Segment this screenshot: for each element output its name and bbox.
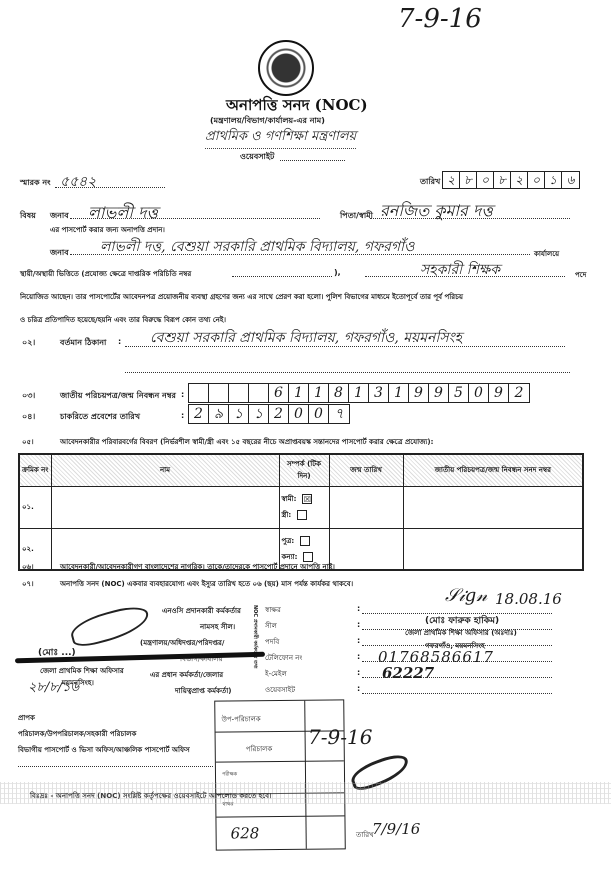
stamp-row-examiner: পরীক্ষক — [222, 771, 237, 779]
paren-close: ), — [334, 268, 341, 277]
clause-06-number: ০৬। — [22, 561, 34, 573]
issuer-seal-name: (মোঃ ফারুক হাকিম) — [425, 613, 499, 628]
issuer-field-label: সীল — [265, 620, 277, 632]
digit-box: ১ — [249, 405, 269, 423]
subject-name-label: জনাব — [50, 210, 69, 223]
digit-box: 1 — [349, 384, 369, 402]
office-name-handwritten: প্রাথমিক ও গণশিক্ষা মন্ত্রণালয় — [205, 127, 356, 149]
spouse-dotted-line — [370, 218, 570, 219]
digit-box — [189, 384, 209, 402]
official-id-dotted-line — [232, 276, 332, 277]
paragraph-1: নিয়োজিত আছেন। তার পাসপোর্টের আবেদনপত্র … — [20, 291, 600, 303]
date-label: তারিখ — [420, 176, 440, 189]
digit-box: 2 — [189, 405, 209, 423]
applicant-name: লাভলী দত্ত — [88, 200, 158, 227]
digit-box: 1 — [289, 384, 309, 402]
digit-box: ৬ — [562, 172, 579, 188]
issuer-signature: 𝒮𝒾𝑔𝓃 — [445, 585, 487, 606]
relation-label: পুত্র: — [282, 537, 295, 545]
subject-label: বিষয় — [20, 210, 36, 223]
digit-box: ২ — [443, 172, 460, 188]
issuer-field-label: স্বাক্ষর — [265, 604, 281, 616]
approval-stamp: উপ-পরিচালক পরিচালক পরীক্ষক স্বাক্ষর 628 — [214, 699, 346, 850]
digit-box: ৯ — [209, 405, 229, 423]
join-date-boxes: 2৯১১200৭ — [188, 404, 350, 424]
digit-box: ১ — [229, 405, 249, 423]
digit-box: 9 — [489, 384, 509, 402]
clause-07-number: ০৭। — [22, 578, 34, 590]
issuer-line-2: নামসহ সীল। — [200, 621, 235, 633]
digit-box: ০ — [528, 172, 545, 188]
digit-box — [249, 384, 269, 402]
recipient-heading: প্রাপক — [18, 712, 35, 724]
website-label: ওয়েবসাইট — [240, 151, 274, 164]
issuer-field-label: ই-মেইল — [265, 668, 287, 680]
digit-box: ৮ — [460, 172, 477, 188]
issuer-field-label: টেলিফোন নং — [265, 652, 302, 664]
field-02-label: বর্তমান ঠিকানা — [60, 337, 106, 350]
digit-box: 0 — [469, 384, 489, 402]
field-05-number: ০৫। — [22, 436, 34, 448]
issuer-line-6: দায়িত্বপ্রাপ্ত কর্মকর্তা) — [175, 685, 231, 697]
colon: : — [357, 604, 360, 613]
stamp-row-director: পরিচালক — [246, 743, 273, 755]
nid-cell — [403, 486, 583, 528]
post-dotted-line — [365, 276, 565, 277]
issuer-line-3: (মন্ত্রণালয়/অধিদপ্তর/পরিদপ্তর/ — [140, 637, 224, 649]
digit-box: ৭ — [329, 405, 349, 423]
digit-box: ২ — [511, 172, 528, 188]
field-03-label: জাতীয় পরিচয়পত্র/জন্ম নিবন্ধন নম্বর — [60, 390, 176, 403]
address-dotted-line-1 — [125, 346, 565, 347]
dob-cell — [329, 528, 403, 570]
family-table-header: ক্রমিক নং নাম সম্পর্ক (টিক দিন) জন্ম তার… — [19, 454, 583, 486]
field-04-number: ০৪। — [22, 411, 35, 424]
issuer-email: 62227 — [382, 664, 434, 682]
digit-box: 0 — [309, 405, 329, 423]
digit-box: 8 — [329, 384, 349, 402]
relation-label: স্ত্রী: — [282, 511, 292, 519]
stamp-handwritten-date: 7-9-16 — [308, 725, 372, 749]
permanent-label: স্থায়ী/অস্থায়ী ভিত্তিতে (প্রযোজ্য ক্ষে… — [20, 268, 191, 280]
digit-box: 0 — [289, 405, 309, 423]
office-value: লাভলী দত্ত, বেশুয়া সরকারি প্রাথমিক বিদ্… — [100, 235, 414, 259]
issuer-line-5: এর প্রধান কর্মকর্তা/জেলার — [150, 669, 223, 681]
col-nid: জাতীয় পরিচয়পত্র/জন্ম নিবন্ধন সনদ নম্বর — [403, 454, 583, 486]
issuer-signature-date: 18.08.16 — [495, 590, 562, 608]
top-handwritten-date: 7-9-16 — [398, 4, 482, 34]
digit-box: ১ — [545, 172, 562, 188]
stamp-date-value: 7/9/16 — [372, 820, 420, 838]
colon: : — [181, 390, 184, 399]
table-row: ০১. স্বামী:☒ স্ত্রী: — [19, 486, 583, 528]
issuer-field-label: পদবি — [265, 636, 279, 648]
field-05-label: আবেদনকারীর পরিবারবর্গের বিবরণ (নির্ভরশীল… — [60, 436, 433, 448]
footer-note: বিঃদ্রঃ - অনাপত্তি সনদ (NOC) সংশ্লিষ্ট ক… — [30, 790, 272, 802]
office-label: জনাব — [50, 247, 69, 260]
digit-box: 1 — [389, 384, 409, 402]
family-table: ক্রমিক নং নাম সম্পর্ক (টিক দিন) জন্ম তার… — [18, 453, 584, 571]
stamp-serial: 628 — [231, 824, 260, 842]
name-cell — [51, 486, 279, 528]
clause-06-text: আবেদনকারী/আবেদনকারীগণ বাংলাদেশের নাগরিক।… — [60, 561, 335, 573]
serial-cell: ০১. — [19, 486, 51, 528]
office-suffix: কার্যালয়ে — [534, 248, 559, 260]
post-value: সহকারী শিক্ষক — [420, 258, 500, 282]
relation-label: কন্যা: — [282, 553, 298, 561]
field-02-number: ০২। — [22, 337, 35, 350]
dob-cell — [329, 486, 403, 528]
digit-box — [209, 384, 229, 402]
checkbox-wife[interactable] — [297, 510, 307, 520]
government-seal — [258, 40, 314, 96]
left-stamp-handwritten: ২৮/৮/১৬ — [28, 678, 79, 699]
field-03-number: ০৩। — [22, 390, 35, 403]
colon: : — [357, 668, 360, 677]
col-serial: ক্রমিক নং — [19, 454, 51, 486]
paragraph-2: ও চরিত্র প্রতিপাদিত হয়েছে/হয়নি এবং তার… — [20, 314, 226, 326]
digit-box: 3 — [369, 384, 389, 402]
issuer-field-dotted-line — [362, 693, 552, 694]
digit-box: 2 — [509, 384, 529, 402]
colon: : — [357, 684, 360, 693]
spouse-label: পিতা/স্বামী — [340, 210, 373, 223]
reference-value: ৫৫৪২ — [60, 170, 96, 194]
website-dotted-line — [280, 160, 345, 161]
recipient-dotted-line — [18, 766, 213, 767]
office-dotted-line — [70, 254, 530, 255]
digit-box: ০ — [477, 172, 494, 188]
digit-box: 5 — [449, 384, 469, 402]
digit-box — [229, 384, 249, 402]
date-boxes: ২৮০৮২০১৬ — [442, 171, 580, 189]
col-dob: জন্ম তারিখ — [329, 454, 403, 486]
issuer-line-1: এনওসি প্রদানকারী কর্মকর্তার — [162, 605, 241, 617]
clause-07-text: অনাপত্তি সনদ (NOC) একবার ব্যবহারযোগ্য এব… — [60, 578, 353, 590]
digit-box: 2 — [269, 405, 289, 423]
field-04-label: চাকরিতে প্রবেশের তারিখ — [60, 411, 140, 424]
digit-box: 6 — [269, 384, 289, 402]
colon: : — [181, 411, 184, 420]
issuer-field-label: ওয়েবসাইট — [265, 684, 295, 696]
left-stamp-designation: জেলা প্রাথমিক শিক্ষা অফিসার — [40, 665, 124, 677]
colon: : — [357, 652, 360, 661]
nid-cell — [403, 528, 583, 570]
relation-label: স্বামী: — [282, 495, 297, 503]
col-name: নাম — [51, 454, 279, 486]
digit-box: 1 — [309, 384, 329, 402]
left-stamp-name: (মোঃ ...) — [38, 645, 76, 660]
checkbox-son[interactable] — [300, 536, 310, 546]
stamp-row-deputy-director: উপ-পরিচালক — [221, 713, 260, 725]
colon: : — [357, 636, 360, 645]
digit-box: ৮ — [494, 172, 511, 188]
colon: : — [357, 620, 360, 629]
post-suffix: পদে — [575, 269, 586, 281]
spouse-name: রনজিত কুমার দত্ত — [380, 198, 493, 225]
checkbox-husband[interactable]: ☒ — [302, 494, 312, 504]
digit-box: 9 — [409, 384, 429, 402]
relation-cell: স্বামী:☒ স্ত্রী: — [279, 486, 329, 528]
colon: : — [118, 337, 121, 346]
address-dotted-line-2 — [125, 372, 570, 373]
reference-label: স্মারক নং — [20, 177, 51, 190]
digit-box: 9 — [429, 384, 449, 402]
issuer-seal-designation: জেলা প্রাথমিক শিক্ষা অফিসার (অঃদাঃ) — [405, 627, 517, 639]
nid-boxes: 6118131995092 — [188, 383, 530, 403]
recipient-line-1: পরিচালক/উপপরিচালক/সহকারী পরিচালক — [18, 728, 136, 740]
name-dotted-line — [70, 218, 320, 219]
col-relation: সম্পর্ক (টিক দিন) — [279, 454, 329, 486]
reference-dotted-line — [55, 187, 165, 188]
recipient-line-2: বিভাগীয় পাসপোর্ট ও ভিসা অফিস/আঞ্চলিক পা… — [18, 744, 190, 756]
